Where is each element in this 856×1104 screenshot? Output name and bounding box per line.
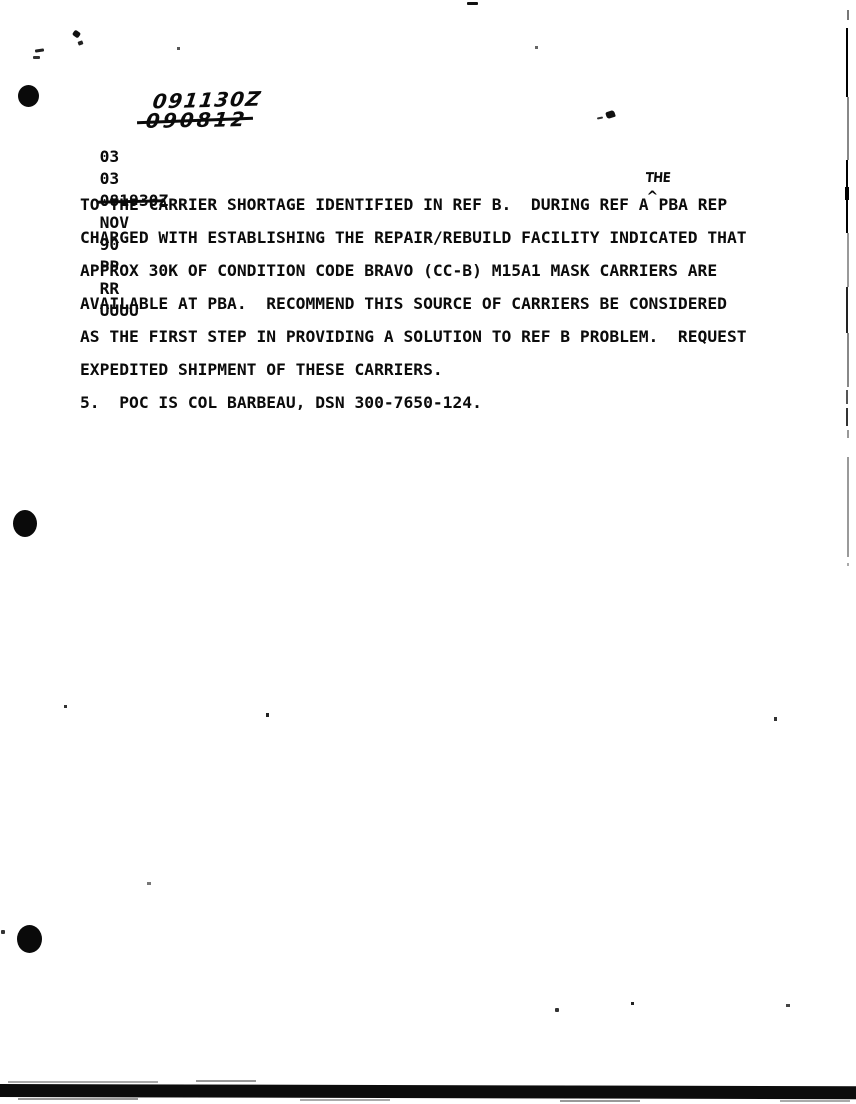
body-line-5: AS THE FIRST STEP IN PROVIDING A SOLUTIO… (80, 320, 747, 353)
scan-speck (77, 40, 83, 45)
scan-speck (786, 1004, 790, 1007)
insertion-point: ^THE (649, 208, 659, 210)
scan-speck (72, 30, 81, 39)
header-unit2: 03 (100, 169, 120, 188)
scan-edge-artifact (847, 10, 849, 20)
scanned-page: { "colors": { "paper": "#ffffff", "ink":… (0, 0, 856, 1104)
handwritten-inserted-word: THE (645, 172, 671, 186)
scan-fringe-line (560, 1100, 640, 1102)
scan-speck (631, 1002, 634, 1005)
scan-speck (555, 1008, 559, 1012)
scan-fringe-line (300, 1099, 390, 1101)
body-line-1-post: PBA REP (659, 195, 728, 214)
scan-speck (33, 56, 40, 59)
scan-edge-artifact (847, 430, 849, 438)
scan-bottom-bar (0, 1084, 856, 1099)
scan-edge-artifact (847, 457, 849, 557)
scan-edge-artifact (845, 187, 849, 200)
scan-speck (177, 47, 180, 50)
scan-speck (64, 705, 67, 708)
scan-edge-artifact (846, 390, 848, 404)
scan-edge-artifact (847, 333, 849, 387)
scan-fringe-line (780, 1100, 850, 1102)
scan-speck (774, 717, 777, 721)
body-line-4: AVAILABLE AT PBA. RECOMMEND THIS SOURCE … (80, 287, 747, 320)
scan-edge-artifact (846, 287, 848, 333)
scan-speck (35, 48, 44, 52)
scan-speck (266, 713, 269, 717)
hole-punch-mark-bottom (17, 925, 42, 953)
body-line-1: TO THE CARRIER SHORTAGE IDENTIFIED IN RE… (80, 188, 747, 221)
hole-punch-mark-middle (13, 510, 37, 537)
scan-edge-artifact (846, 408, 848, 426)
scan-speck (605, 110, 616, 119)
header-unit1: 03 (100, 147, 120, 166)
scan-fringe-line (196, 1080, 256, 1082)
body-line-1-pre: TO THE CARRIER SHORTAGE IDENTIFIED IN RE… (80, 195, 649, 214)
scan-edge-artifact (847, 233, 849, 287)
body-line-3: APPROX 30K OF CONDITION CODE BRAVO (CC-B… (80, 254, 747, 287)
body-line-7: 5. POC IS COL BARBEAU, DSN 300-7650-124. (80, 386, 747, 419)
body-line-2: CHARGED WITH ESTABLISHING THE REPAIR/REB… (80, 221, 747, 254)
message-body: TO THE CARRIER SHORTAGE IDENTIFIED IN RE… (80, 188, 747, 419)
scan-fringe-line (18, 1098, 138, 1100)
scan-speck (535, 46, 538, 49)
scan-edge-artifact (847, 563, 849, 566)
scan-speck (467, 2, 478, 5)
scan-edge-artifact (847, 97, 849, 160)
hole-punch-mark-top (18, 85, 39, 107)
scan-speck (147, 882, 151, 885)
scan-speck (597, 116, 603, 119)
scan-fringe-line (8, 1081, 158, 1083)
scan-speck (1, 930, 5, 934)
insertion-caret-icon: ^ (647, 190, 659, 204)
body-line-6: EXPEDITED SHIPMENT OF THESE CARRIERS. (80, 353, 747, 386)
scan-edge-artifact (846, 28, 848, 97)
